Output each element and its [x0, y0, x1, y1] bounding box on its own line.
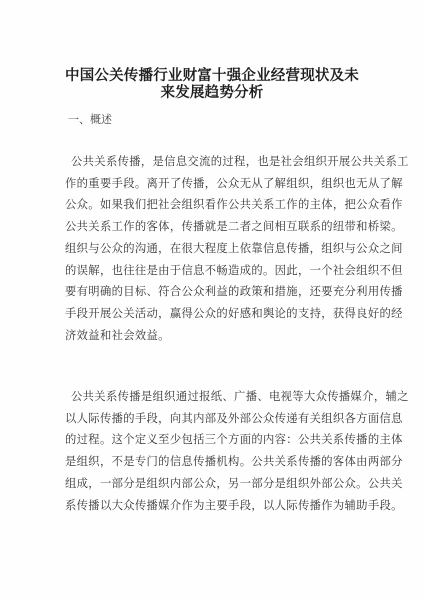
paragraph-line: 的误解，也往往是由于信息不畅造成的。因此，一个社会组织不但: [65, 260, 365, 282]
paragraph-line: 公众。如果我们把社会组织看作公共关系工作的主体，把公众看作: [65, 194, 365, 216]
section-heading-overview: 一、概述: [68, 113, 112, 127]
paragraph-2: 公共关系传播是组织通过报纸、广播、电视等大众传播媒介，辅之 以人际传播的手段，向…: [65, 386, 365, 516]
paragraph-line: 组成，一部分是组织内部公众，另一部分是组织外部公众。公共关: [65, 473, 365, 495]
title-line-1: 中国公关传播行业财富十强企业经营现状及未: [60, 68, 364, 85]
paragraph-line: 公共关系传播，是信息交流的过程，也是社会组织开展公共关系工: [65, 151, 365, 173]
title-line-2: 来发展趋势分析: [60, 85, 364, 102]
paragraph-line: 系传播以大众传播媒介作为主要手段，以人际传播作为辅助手段。: [65, 495, 365, 517]
paragraph-line: 是组织，不是专门的信息传播机构。公共关系传播的客体由两部分: [65, 451, 365, 473]
paragraph-line: 手段开展公关活动，赢得公众的好感和舆论的支持，获得良好的经: [65, 303, 365, 325]
paragraph-line: 公共关系传播是组织通过报纸、广播、电视等大众传播媒介，辅之: [65, 386, 365, 408]
paragraph-line: 以人际传播的手段，向其内部及外部公众传递有关组织各方面信息: [65, 408, 365, 430]
paragraph-line: 作的重要手段。离开了传播，公众无从了解组织，组织也无从了解: [65, 173, 365, 195]
paragraph-1: 公共关系传播，是信息交流的过程，也是社会组织开展公共关系工 作的重要手段。离开了…: [65, 151, 365, 346]
paragraph-line: 的过程。这个定义至少包括三个方面的内容：公共关系传播的主体: [65, 429, 365, 451]
document-title: 中国公关传播行业财富十强企业经营现状及未 来发展趋势分析: [60, 68, 364, 102]
document-page: 中国公关传播行业财富十强企业经营现状及未 来发展趋势分析 一、概述 公共关系传播…: [0, 0, 424, 600]
paragraph-line: 公共关系工作的客体，传播就是二者之间相互联系的纽带和桥梁。: [65, 216, 365, 238]
paragraph-line: 济效益和社会效益。: [65, 325, 365, 347]
paragraph-line: 要有明确的目标、符合公众利益的政策和措施，还要充分利用传播: [65, 281, 365, 303]
paragraph-line: 组织与公众的沟通，在很大程度上依靠信息传播，组织与公众之间: [65, 238, 365, 260]
